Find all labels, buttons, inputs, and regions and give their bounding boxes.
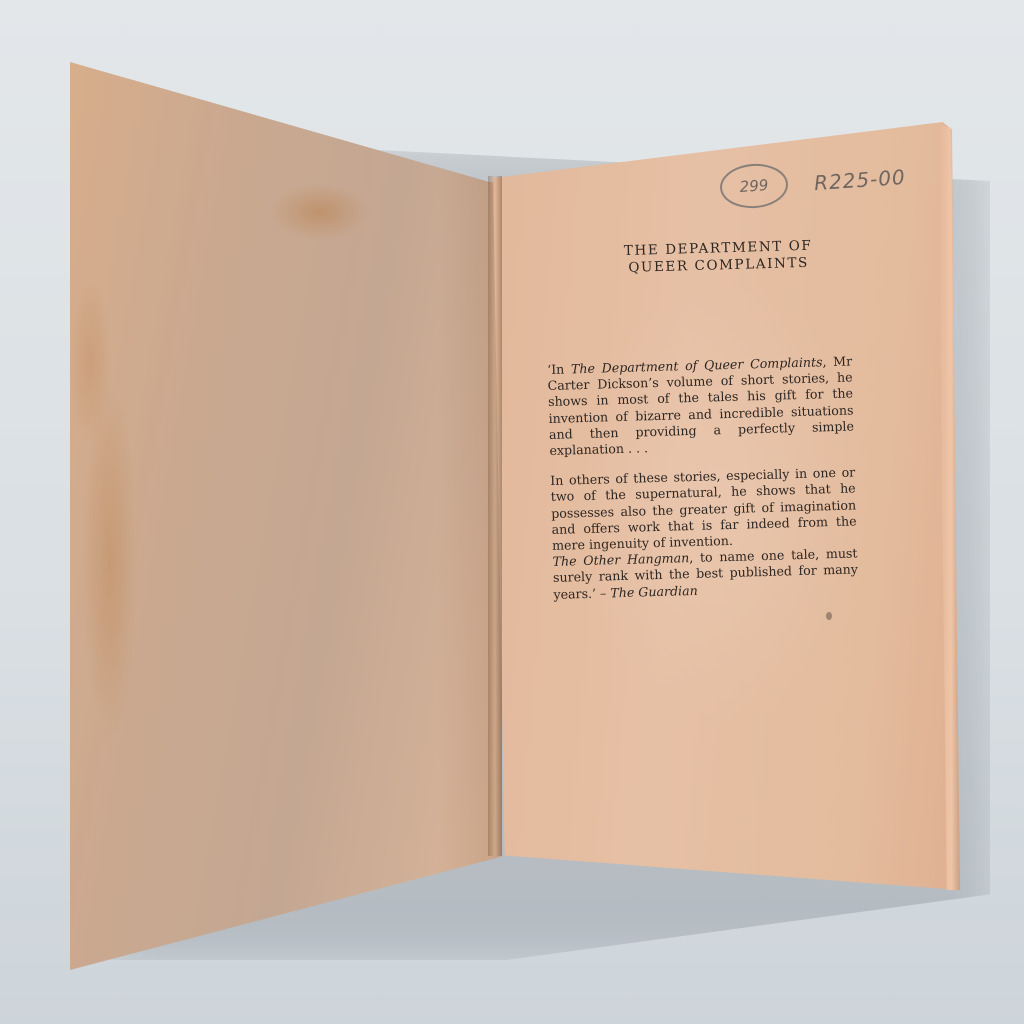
review-source: The Guardian xyxy=(610,583,698,600)
left-page-blank xyxy=(70,62,502,970)
blurb-paragraph-2: In others of these stories, especially i… xyxy=(550,465,857,555)
photo-scene: 299 R225-00 THE DEPARTMENT OF QUEER COMP… xyxy=(0,0,1024,1024)
quote-open: ‘In xyxy=(547,361,571,377)
book-gutter xyxy=(488,176,502,856)
circled-number-text: 299 xyxy=(739,176,769,196)
blurb-paragraph-1: ‘In The Department of Queer Complaints, … xyxy=(547,353,855,459)
blurb-paragraph-3: The Other Hangman, to name one tale, mus… xyxy=(552,546,858,603)
page-title: THE DEPARTMENT OF QUEER COMPLAINTS xyxy=(588,237,849,278)
review-blurb: ‘In The Department of Queer Complaints, … xyxy=(547,353,859,616)
paper-speck xyxy=(826,612,832,620)
